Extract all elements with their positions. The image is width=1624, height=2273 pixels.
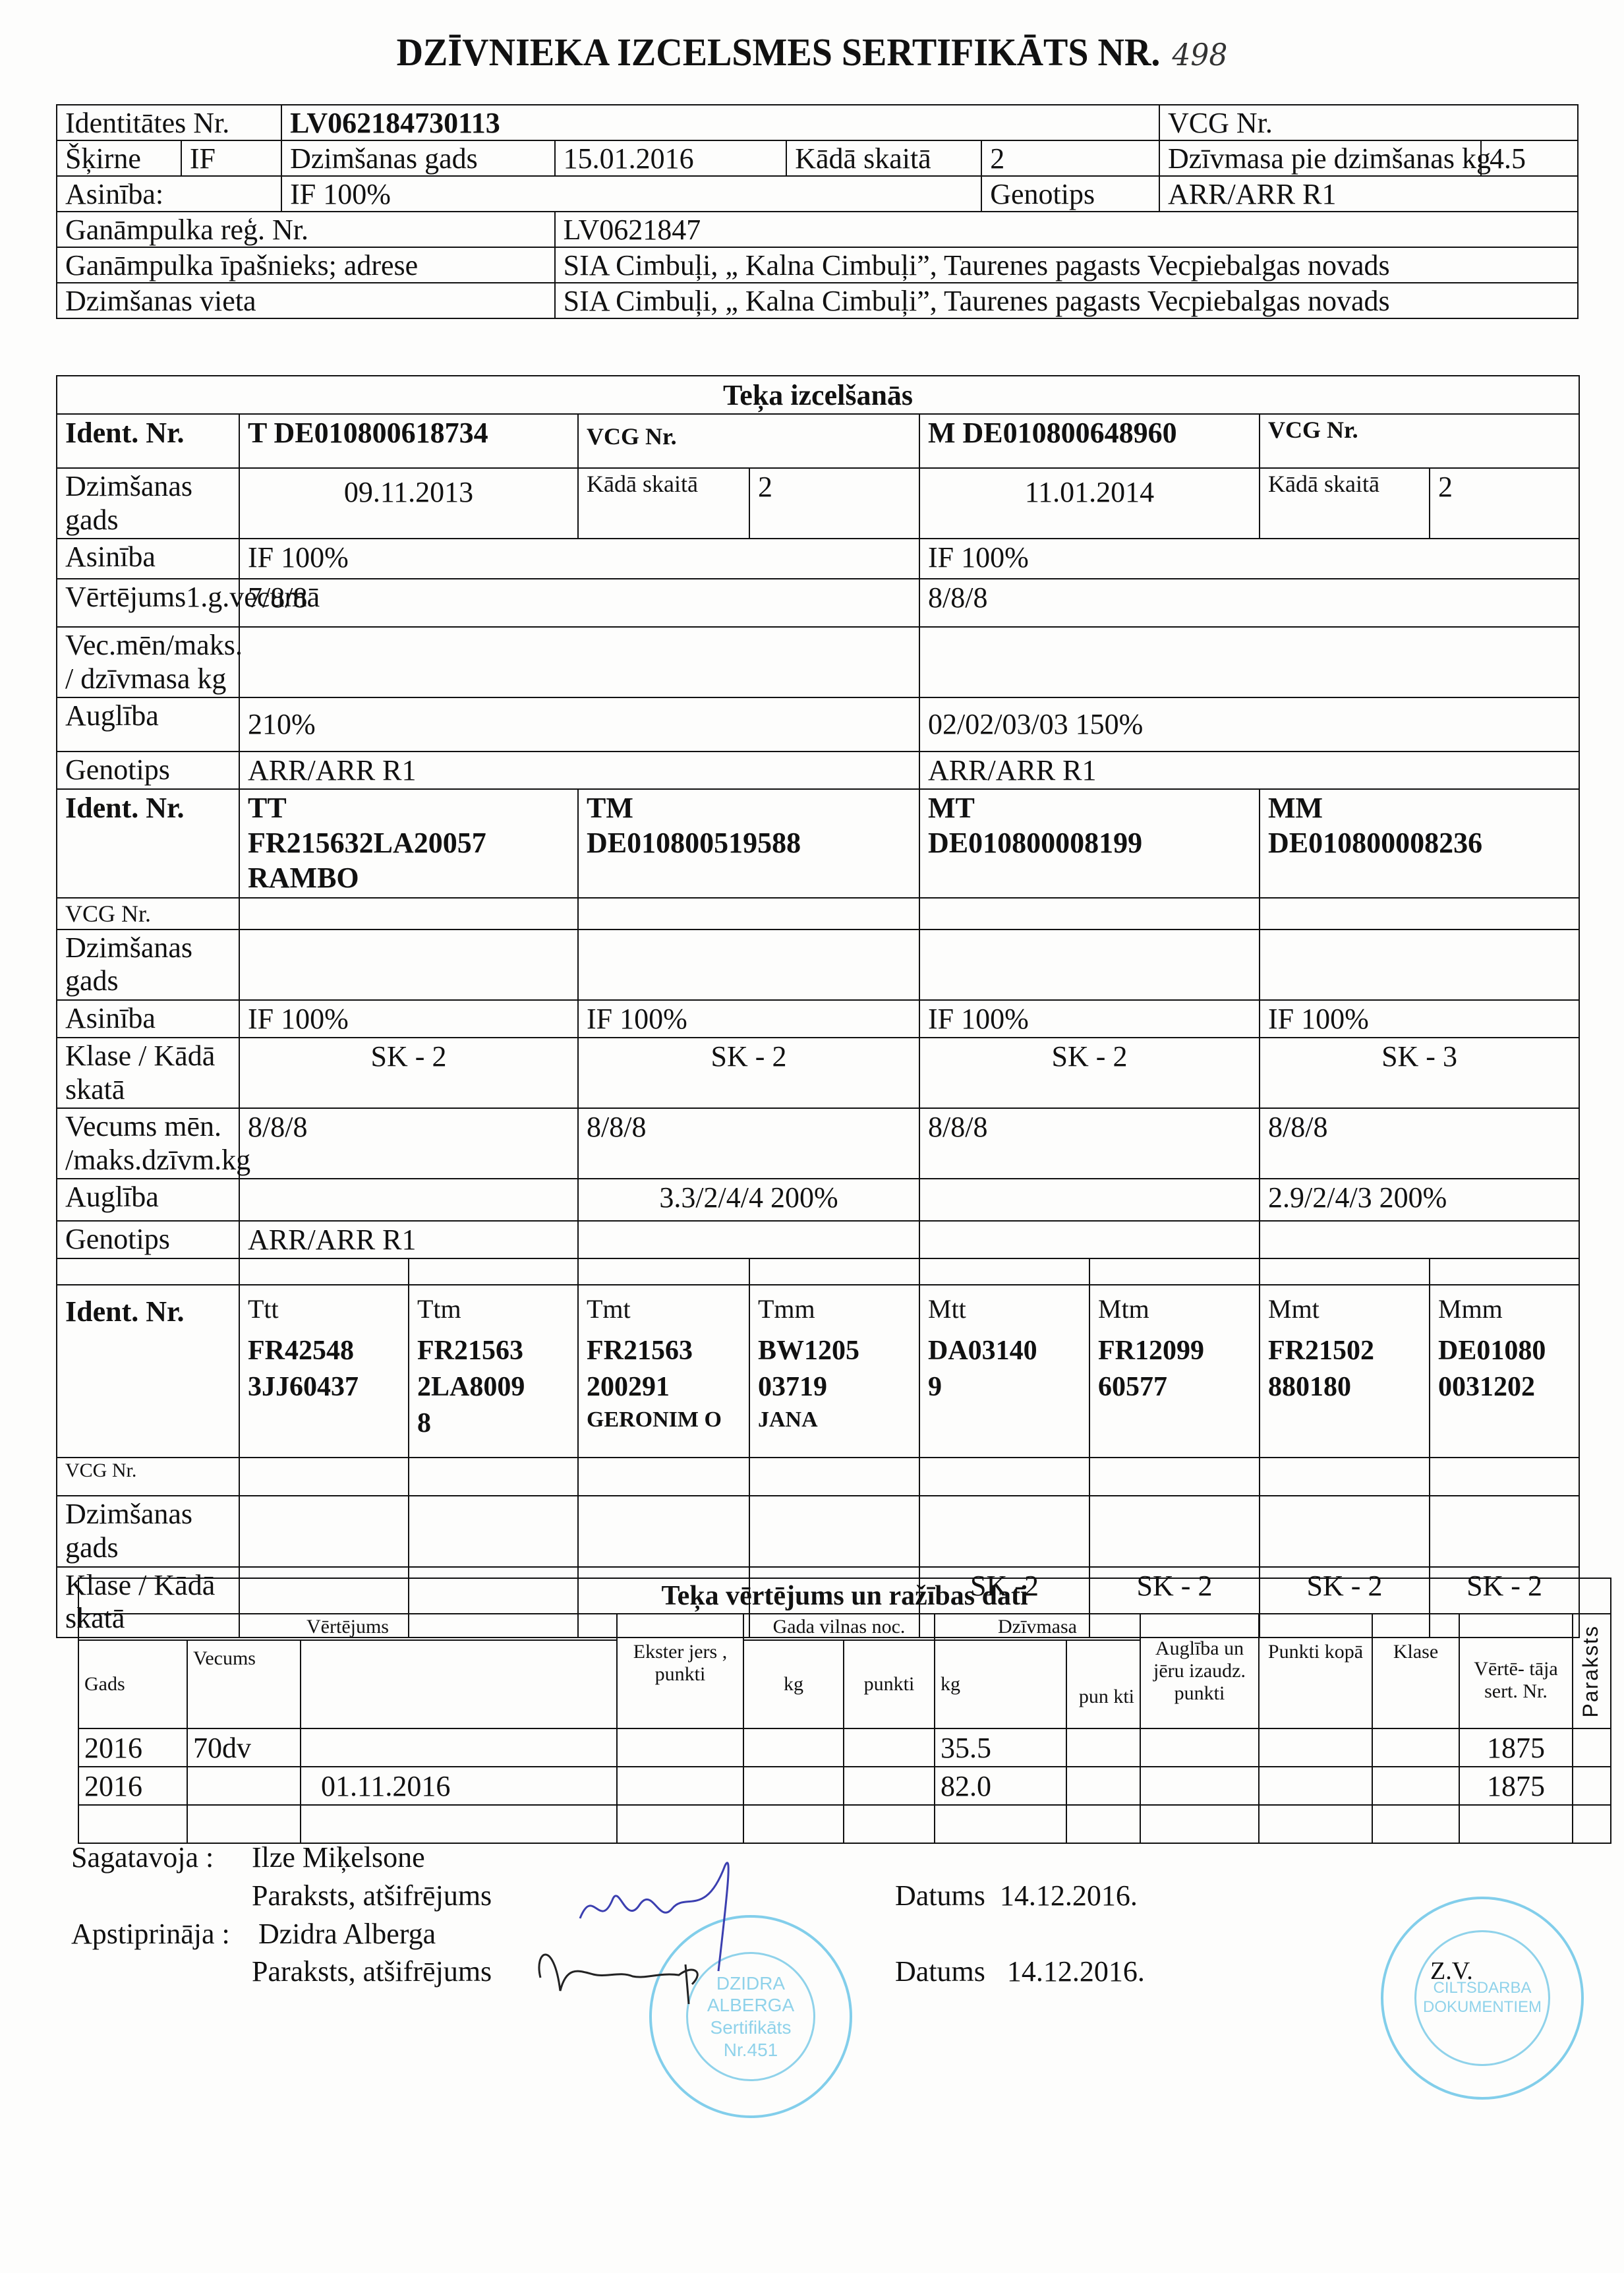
grandparents-age-weight-label: Vecums mēn. /maks.dzīvm.kg — [57, 1108, 239, 1179]
sire-rating: 7/8/8 — [239, 579, 919, 627]
approved-label: Apstiprināja : — [71, 1917, 230, 1951]
tm-genotype — [578, 1221, 919, 1258]
weight-points-header: pun kti — [1066, 1640, 1140, 1728]
evaluation-cell-gads — [78, 1805, 187, 1843]
evaluation-cell-points-total — [1259, 1767, 1372, 1805]
evaluation-cell-signature — [1573, 1767, 1611, 1805]
stamp-line: Nr.451 — [724, 2039, 778, 2061]
litter-label: Kādā skaitā — [786, 140, 981, 176]
approved-signature-scribble — [527, 1938, 725, 2011]
great-grandparent-tmm: TmmBW120503719JANA — [749, 1285, 919, 1458]
evaluation-cell-points-total — [1259, 1805, 1372, 1843]
ggp-vcg-cell — [749, 1458, 919, 1496]
evaluation-cell-date — [301, 1805, 617, 1843]
association-stamp-center: CILTSDARBADOKUMENTIEM — [1414, 1930, 1550, 2066]
mm-blood: IF 100% — [1260, 1000, 1579, 1038]
evaluation-cell-signature — [1573, 1805, 1611, 1843]
ggp-vcg-cell — [1430, 1458, 1579, 1496]
gp-code: TM — [587, 791, 911, 826]
sire-genotype: ARR/ARR R1 — [239, 752, 919, 789]
ggp-birth-cell — [1260, 1496, 1430, 1566]
wool-header: Gada vilnas noc. — [743, 1614, 935, 1640]
evaluation-cell-vecums: 70dv — [187, 1728, 301, 1767]
evaluation-cell-weight-kg — [935, 1805, 1066, 1843]
dam-vcg-label: VCG Nr. — [1260, 414, 1579, 468]
ggp-ident-line2: 03719 — [758, 1369, 911, 1405]
evaluation-cell-evaluator: 1875 — [1459, 1767, 1573, 1805]
association-stamp: CILTSDARBADOKUMENTIEM — [1381, 1897, 1584, 2100]
mt-vcg — [919, 898, 1260, 930]
ggp-birth-cell — [409, 1496, 578, 1566]
evaluation-cell-evaluator: 1875 — [1459, 1728, 1573, 1767]
mm-birth — [1260, 930, 1579, 1000]
evaluation-cell-wool-kg — [743, 1767, 844, 1805]
dam-birth: 11.01.2014 — [919, 468, 1260, 539]
ggp-birth-cell — [919, 1496, 1089, 1566]
blood-label: Asinība: — [57, 176, 281, 212]
ggp-code: Mtt — [928, 1292, 1081, 1326]
herd-reg-label: Ganāmpulka reģ. Nr. — [57, 212, 555, 247]
dam-ident: M DE010800648960 — [919, 414, 1260, 468]
date-value: 14.12.2016. — [1000, 1879, 1138, 1912]
gp-code: TT — [248, 791, 569, 826]
evaluation-cell-wool-points — [844, 1728, 935, 1767]
animal-info-table: Identitātes Nr. LV062184730113 VCG Nr. Š… — [56, 104, 1579, 319]
vecums-header: Vecums — [187, 1640, 301, 1728]
gp-code: MT — [928, 791, 1251, 826]
litter-value: 2 — [981, 140, 1159, 176]
signature-header-text: Paraksts — [1579, 1625, 1603, 1717]
ggp-ident-line1: DA03140 — [928, 1333, 1081, 1369]
approved-signature-label: Paraksts, atšifrējums — [252, 1955, 492, 1988]
evaluation-cell-weight-points — [1066, 1767, 1140, 1805]
prepared-date: Datums 14.12.2016. — [895, 1879, 1138, 1912]
parents-blood-label: Asinība — [57, 539, 239, 579]
parents-ident-label: Ident. Nr. — [57, 414, 239, 468]
parents-fertility-label: Auglība — [57, 697, 239, 752]
grandparent-tt: TTFR215632LA20057RAMBO — [239, 789, 578, 897]
spacer-cell — [409, 1258, 578, 1285]
ggp-ident-line2: 0031202 — [1438, 1369, 1571, 1405]
identity-label: Identitātes Nr. — [57, 105, 281, 140]
gp-ident: FR215632LA20057 — [248, 826, 569, 861]
ggp-birth-cell — [749, 1496, 919, 1566]
gp-ident: DE010800519588 — [587, 826, 911, 861]
ggp-name: GERONIM O — [587, 1405, 741, 1434]
grandparents-genotype-label: Genotips — [57, 1221, 239, 1258]
evaluation-cell-vecums — [187, 1805, 301, 1843]
evaluation-row: 201670dv35.51875 — [78, 1728, 1611, 1767]
ggp-vcg-cell — [409, 1458, 578, 1496]
ggp-code: Tmm — [758, 1292, 911, 1326]
spacer-cell — [1260, 1258, 1430, 1285]
pedigree-table: Teķa izcelšanās Ident. Nr. T DE010800618… — [56, 375, 1580, 1638]
date-label: Datums — [895, 1879, 985, 1912]
great-grandparent-ttm: TtmFR215632LA80098 — [409, 1285, 578, 1458]
dam-rating: 8/8/8 — [919, 579, 1579, 627]
grandparents-klase-label: Klase / Kādā skatā — [57, 1038, 239, 1108]
tm-fertility: 3.3/2/4/4 200% — [578, 1179, 919, 1221]
mt-klase: SK - 2 — [919, 1038, 1260, 1108]
ggp-ident-line2: 2LA8009 — [417, 1369, 569, 1405]
grandparent-mt: MTDE010800008199 — [919, 789, 1260, 897]
blood-value: IF 100% — [281, 176, 981, 212]
evaluation-table: Teķa vērtējums un ražības dati Vērtējums… — [78, 1578, 1611, 1844]
evaluation-cell-weight-points — [1066, 1728, 1140, 1767]
dam-age-weight — [919, 627, 1579, 697]
evaluator-header: Vērtē- tāja sert. Nr. — [1459, 1614, 1573, 1728]
prepared-signature-label: Paraksts, atšifrējums — [252, 1879, 492, 1912]
tt-age-weight: 8/8/8 — [239, 1108, 578, 1179]
ggp-birth-cell — [578, 1496, 749, 1566]
identity-value: LV062184730113 — [281, 105, 1159, 140]
ggp-vcg-cell — [1260, 1458, 1430, 1496]
gp-code: MM — [1268, 791, 1571, 826]
sire-blood: IF 100% — [239, 539, 919, 579]
mm-klase: SK - 3 — [1260, 1038, 1579, 1108]
gp-ident: DE010800008236 — [1268, 826, 1571, 861]
grandparents-vcg-label: VCG Nr. — [57, 898, 239, 930]
wool-points-header: punkti — [844, 1640, 935, 1728]
ggp-code: Ttm — [417, 1292, 569, 1326]
sire-litter: 2 — [749, 468, 919, 539]
mm-age-weight: 8/8/8 — [1260, 1108, 1579, 1179]
dam-genotype: ARR/ARR R1 — [919, 752, 1579, 789]
grandparents-birth-label: Dzimšanas gads — [57, 930, 239, 1000]
tm-vcg — [578, 898, 919, 930]
mt-age-weight: 8/8/8 — [919, 1108, 1260, 1179]
weight-kg-header: kg — [935, 1640, 1066, 1728]
grandparents-ident-label: Ident. Nr. — [57, 789, 239, 897]
date-label: Datums — [895, 1955, 985, 1988]
stamp-line: Sertifikāts — [710, 2017, 792, 2039]
owner-label: Ganāmpulka īpašnieks; adrese — [57, 247, 555, 283]
birth-weight-value: 4.5 — [1481, 140, 1578, 176]
great-grandparent-mmt: MmtFR21502880180 — [1260, 1285, 1430, 1458]
tt-klase: SK - 2 — [239, 1038, 578, 1108]
evaluation-cell-points-total — [1259, 1728, 1372, 1767]
sire-birth: 09.11.2013 — [239, 468, 578, 539]
evaluation-row: 201601.11.201682.01875 — [78, 1767, 1611, 1805]
mm-vcg — [1260, 898, 1579, 930]
seal-label: Z.V. — [1430, 1957, 1473, 1986]
evaluation-cell-wool-points — [844, 1805, 935, 1843]
mm-genotype — [1260, 1221, 1579, 1258]
sire-fertility: 210% — [239, 697, 919, 752]
great-grandparent-mmm: MmmDE010800031202 — [1430, 1285, 1579, 1458]
evaluation-cell-fertility — [1140, 1767, 1259, 1805]
sire-age-weight — [239, 627, 919, 697]
evaluation-cell-date: 01.11.2016 — [301, 1767, 617, 1805]
certificate-number-handwritten: 498 — [1172, 38, 1227, 73]
ggp-code: Mmt — [1268, 1292, 1421, 1326]
ggp-ident-line1: FR42548 — [248, 1333, 400, 1369]
spacer-cell — [1430, 1258, 1579, 1285]
birth-label: Dzimšanas gads — [281, 140, 555, 176]
gads-header: Gads — [78, 1640, 187, 1728]
spacer-cell — [57, 1258, 239, 1285]
ggp-ident-line1: FR21502 — [1268, 1333, 1421, 1369]
parents-age-weight-label: Vec.mēn/maks. / dzīvmasa kg — [57, 627, 239, 697]
weight-header: Dzīvmasa — [935, 1614, 1140, 1640]
vertejums-header: Vērtējums — [78, 1614, 617, 1640]
sire-vcg-label: VCG Nr. — [578, 414, 919, 468]
tt-fertility — [239, 1179, 578, 1221]
approved-name: Dzidra Alberga — [258, 1917, 436, 1951]
dam-litter: 2 — [1430, 468, 1579, 539]
parents-rating-label: Vērtējums1.g.vecumā — [57, 579, 239, 627]
ggp-ident-line1: FR12099 — [1098, 1333, 1251, 1369]
tm-birth — [578, 930, 919, 1000]
ggp-birth-cell — [1089, 1496, 1260, 1566]
sire-litter-label: Kādā skaitā — [578, 468, 749, 539]
evaluation-cell-klase — [1372, 1728, 1459, 1767]
klase-header: Klase — [1372, 1614, 1459, 1728]
ggp-birth-cell — [1430, 1496, 1579, 1566]
prepared-name: Ilze Miķelsone — [252, 1841, 425, 1874]
evaluation-cell-wool-kg — [743, 1728, 844, 1767]
evaluation-cell-signature — [1573, 1728, 1611, 1767]
tm-klase: SK - 2 — [578, 1038, 919, 1108]
date-value: 14.12.2016. — [1007, 1955, 1145, 1988]
ggp-name: JANA — [758, 1405, 911, 1434]
stamp-line: DOKUMENTIEM — [1423, 1998, 1542, 2017]
ggp-ident-line2: 880180 — [1268, 1369, 1421, 1405]
evaluation-cell-eksterjers — [617, 1767, 743, 1805]
tt-birth — [239, 930, 578, 1000]
wool-kg-header: kg — [743, 1640, 844, 1728]
evaluation-section-title: Teķa vērtējums un ražības dati — [78, 1578, 1611, 1614]
mt-genotype — [919, 1221, 1260, 1258]
herd-reg-value: LV0621847 — [555, 212, 1578, 247]
grandparents-fertility-label: Auglība — [57, 1179, 239, 1221]
tm-blood: IF 100% — [578, 1000, 919, 1038]
great-grandparent-mtt: MttDA031409 — [919, 1285, 1089, 1458]
ggp-ident-line2: 60577 — [1098, 1369, 1251, 1405]
birth-value: 15.01.2016 — [555, 140, 787, 176]
ggp-ident-line3: 8 — [417, 1405, 569, 1442]
parents-genotype-label: Genotips — [57, 752, 239, 789]
grandparents-blood-label: Asinība — [57, 1000, 239, 1038]
ggp-vcg-cell — [239, 1458, 409, 1496]
parents-birth-label: Dzimšanas gads — [57, 468, 239, 539]
gp-ident: DE010800008199 — [928, 826, 1251, 861]
great-grandparent-mtm: MtmFR1209960577 — [1089, 1285, 1260, 1458]
spacer-cell — [578, 1258, 749, 1285]
breed-label: Šķirne — [57, 140, 181, 176]
evaluation-cell-eksterjers — [617, 1805, 743, 1843]
evaluation-cell-eksterjers — [617, 1728, 743, 1767]
ggp-code: Mmm — [1438, 1292, 1571, 1326]
date-header — [301, 1640, 617, 1728]
tt-genotype: ARR/ARR R1 — [239, 1221, 578, 1258]
mt-blood: IF 100% — [919, 1000, 1260, 1038]
grandparent-mm: MMDE010800008236 — [1260, 789, 1579, 897]
evaluation-cell-date — [301, 1728, 617, 1767]
ggp-ident-line1: FR21563 — [417, 1333, 569, 1369]
evaluation-cell-weight-kg: 35.5 — [935, 1728, 1066, 1767]
genotype-value: ARR/ARR R1 — [1159, 176, 1578, 212]
ggp-ident-line1: DE01080 — [1438, 1333, 1571, 1369]
evaluation-cell-weight-points — [1066, 1805, 1140, 1843]
great-grandparent-ttt: TttFR425483JJ60437 — [239, 1285, 409, 1458]
points-total-header: Punkti kopā — [1259, 1614, 1372, 1728]
tm-age-weight: 8/8/8 — [578, 1108, 919, 1179]
evaluation-cell-vecums — [187, 1767, 301, 1805]
mt-birth — [919, 930, 1260, 1000]
ggp-ident-line2: 9 — [928, 1369, 1081, 1405]
gp-name: RAMBO — [248, 861, 569, 896]
prepared-label: Sagatavoja : — [71, 1841, 214, 1874]
ggp-vcg-cell — [919, 1458, 1089, 1496]
mm-fertility: 2.9/2/4/3 200% — [1260, 1179, 1579, 1221]
breed-value: IF — [181, 140, 281, 176]
spacer-cell — [749, 1258, 919, 1285]
ggp-ident-line2: 200291 — [587, 1369, 741, 1405]
evaluation-cell-weight-kg: 82.0 — [935, 1767, 1066, 1805]
ggp-code: Mtm — [1098, 1292, 1251, 1326]
vcg-label: VCG Nr. — [1159, 105, 1578, 140]
great-grandparents-ident-label: Ident. Nr. — [57, 1285, 239, 1458]
great-grandparents-birth-label: Dzimšanas gads — [57, 1496, 239, 1566]
evaluation-cell-klase — [1372, 1805, 1459, 1843]
great-grandparent-tmt: TmtFR21563200291GERONIM O — [578, 1285, 749, 1458]
sire-ident: T DE010800618734 — [239, 414, 578, 468]
spacer-cell — [919, 1258, 1089, 1285]
ggp-vcg-cell — [1089, 1458, 1260, 1496]
spacer-cell — [239, 1258, 409, 1285]
signature-header: Paraksts — [1573, 1614, 1611, 1728]
evaluation-cell-fertility — [1140, 1805, 1259, 1843]
evaluation-cell-klase — [1372, 1767, 1459, 1805]
evaluation-cell-wool-points — [844, 1767, 935, 1805]
spacer-cell — [1089, 1258, 1260, 1285]
grandparent-tm: TMDE010800519588 — [578, 789, 919, 897]
birthplace-value: SIA Cimbuļi, „ Kalna Cimbuļi”, Taurenes … — [555, 283, 1578, 318]
mt-fertility — [919, 1179, 1260, 1221]
dam-litter-label: Kādā skaitā — [1260, 468, 1430, 539]
eksterjers-header: Ekster jers , punkti — [617, 1614, 743, 1728]
fertility-header: Auglība un jēru izaudz. punkti — [1140, 1614, 1259, 1728]
evaluation-cell-wool-kg — [743, 1805, 844, 1843]
owner-value: SIA Cimbuļi, „ Kalna Cimbuļi”, Taurenes … — [555, 247, 1578, 283]
birthplace-label: Dzimšanas vieta — [57, 283, 555, 318]
evaluation-cell-gads: 2016 — [78, 1728, 187, 1767]
pedigree-section-title: Teķa izcelšanās — [57, 376, 1579, 414]
great-grandparents-vcg-label: VCG Nr. — [57, 1458, 239, 1496]
evaluation-cell-evaluator — [1459, 1805, 1573, 1843]
evaluation-cell-gads: 2016 — [78, 1767, 187, 1805]
tt-blood: IF 100% — [239, 1000, 578, 1038]
ggp-birth-cell — [239, 1496, 409, 1566]
tt-vcg — [239, 898, 578, 930]
birth-weight-label: Dzīvmasa pie dzimšanas kg — [1159, 140, 1481, 176]
evaluation-row — [78, 1805, 1611, 1843]
ggp-ident-line1: BW1205 — [758, 1333, 911, 1369]
title-text: DZĪVNIEKA IZCELSMES SERTIFIKĀTS NR. — [397, 31, 1161, 74]
genotype-label: Genotips — [981, 176, 1159, 212]
approved-date: Datums 14.12.2016. — [895, 1955, 1145, 1988]
ggp-ident-line1: FR21563 — [587, 1333, 741, 1369]
ggp-code: Ttt — [248, 1292, 400, 1326]
ggp-vcg-cell — [578, 1458, 749, 1496]
ggp-code: Tmt — [587, 1292, 741, 1326]
dam-blood: IF 100% — [919, 539, 1579, 579]
document-title: DZĪVNIEKA IZCELSMES SERTIFIKĀTS NR.498 — [0, 30, 1624, 74]
dam-fertility: 02/02/03/03 150% — [919, 697, 1579, 752]
evaluation-cell-fertility — [1140, 1728, 1259, 1767]
ggp-ident-line2: 3JJ60437 — [248, 1369, 400, 1405]
